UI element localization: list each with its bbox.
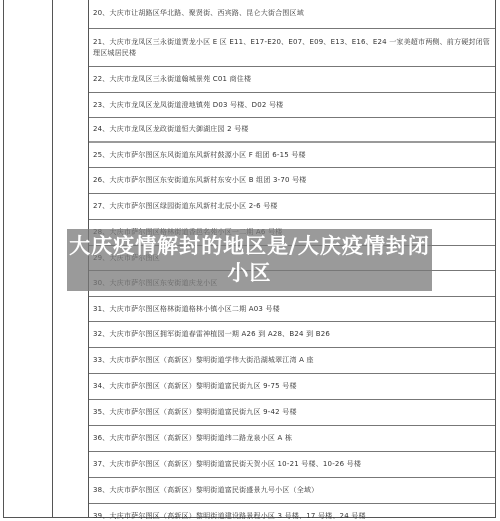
table-row: 35、大庆市萨尔图区（高新区）黎明街道富民街九区 9-42 号楼 <box>89 400 495 426</box>
row-text: 27、大庆市萨尔图区绿园街道东风新村北辰小区 2-6 号楼 <box>93 201 278 212</box>
row-text: 24、大庆市龙凤区龙政街道恒大御湖庄园 2 号楼 <box>93 124 249 135</box>
table-row: 39、大庆市萨尔图区（高新区）黎明街道建设路景程小区 3 号楼、17 号楼、24… <box>89 504 495 521</box>
table-row: 33、大庆市萨尔图区（高新区）黎明街道学伟大街沿湖城翠江湾 A 座 <box>89 348 495 374</box>
row-text: 34、大庆市萨尔图区（高新区）黎明街道富民街九区 9-75 号楼 <box>93 381 297 392</box>
table-row: 27、大庆市萨尔图区绿园街道东风新村北辰小区 2-6 号楼 <box>89 194 495 220</box>
table-row: 20、大庆市让胡路区华北路、聚贤街、西宾路、昆仑大街合围区域 <box>89 0 495 29</box>
table-row: 26、大庆市萨尔图区东安街道东风新村东安小区 B 组团 3-70 号楼 <box>89 168 495 194</box>
row-text: 36、大庆市萨尔图区（高新区）黎明街道纬二路龙泉小区 A 栋 <box>93 433 292 444</box>
table-row: 32、大庆市萨尔图区拥军街道春雷神植园一期 A26 到 A28、B24 到 B2… <box>89 322 495 348</box>
table-row: 23、大庆市龙凤区龙凤街道澄地镇苑 D03 号楼、D02 号楼 <box>89 93 495 118</box>
table-row: 25、大庆市萨尔图区东风街道东风新村鼓源小区 F 组团 6-15 号楼 <box>89 143 495 168</box>
row-text: 32、大庆市萨尔图区拥军街道春雷神植园一期 A26 到 A28、B24 到 B2… <box>93 329 330 340</box>
table-row: 37、大庆市萨尔图区（高新区）黎明街道富民街天贺小区 10-21 号楼、10-2… <box>89 452 495 478</box>
table-row: 21、大庆市龙凤区三永街道贾龙小区 E 区 E11、E17-E20、E07、E0… <box>89 29 495 67</box>
row-text: 26、大庆市萨尔图区东安街道东风新村东安小区 B 组团 3-70 号楼 <box>93 175 307 186</box>
row-text: 20、大庆市让胡路区华北路、聚贤街、西宾路、昆仑大街合围区域 <box>93 8 304 19</box>
row-text: 22、大庆市龙凤区三永街道翰城景苑 C01 商住楼 <box>93 74 251 85</box>
title-banner: 大庆疫情解封的地区是/大庆疫情封闭小区 <box>67 229 432 291</box>
row-text: 35、大庆市萨尔图区（高新区）黎明街道富民街九区 9-42 号楼 <box>93 407 297 418</box>
row-text: 38、大庆市萨尔图区（高新区）黎明街道富民街盛景九号小区（全域） <box>93 485 318 496</box>
row-text: 23、大庆市龙凤区龙凤街道澄地镇苑 D03 号楼、D02 号楼 <box>93 100 283 111</box>
row-text: 39、大庆市萨尔图区（高新区）黎明街道建设路景程小区 3 号楼、17 号楼、24… <box>93 511 366 521</box>
table-row: 34、大庆市萨尔图区（高新区）黎明街道富民街九区 9-75 号楼 <box>89 374 495 400</box>
table-row: 31、大庆市萨尔图区格林街道格林小镇小区二期 A03 号楼 <box>89 297 495 322</box>
row-text: 37、大庆市萨尔图区（高新区）黎明街道富民街天贺小区 10-21 号楼、10-2… <box>93 459 361 470</box>
row-text: 31、大庆市萨尔图区格林街道格林小镇小区二期 A03 号楼 <box>93 304 280 315</box>
row-text: 21、大庆市龙凤区三永街道贾龙小区 E 区 E11、E17-E20、E07、E0… <box>93 37 491 59</box>
table-row: 36、大庆市萨尔图区（高新区）黎明街道纬二路龙泉小区 A 栋 <box>89 426 495 452</box>
table-row: 24、大庆市龙凤区龙政街道恒大御湖庄园 2 号楼 <box>89 118 495 143</box>
row-text: 33、大庆市萨尔图区（高新区）黎明街道学伟大街沿湖城翠江湾 A 座 <box>93 355 314 366</box>
table-row: 22、大庆市龙凤区三永街道翰城景苑 C01 商住楼 <box>89 67 495 93</box>
table-row: 38、大庆市萨尔图区（高新区）黎明街道富民街盛景九号小区（全域） <box>89 478 495 504</box>
banner-title: 大庆疫情解封的地区是/大庆疫情封闭小区 <box>67 233 432 287</box>
row-text: 25、大庆市萨尔图区东风街道东风新村鼓源小区 F 组团 6-15 号楼 <box>93 150 306 161</box>
column-divider <box>52 0 53 517</box>
